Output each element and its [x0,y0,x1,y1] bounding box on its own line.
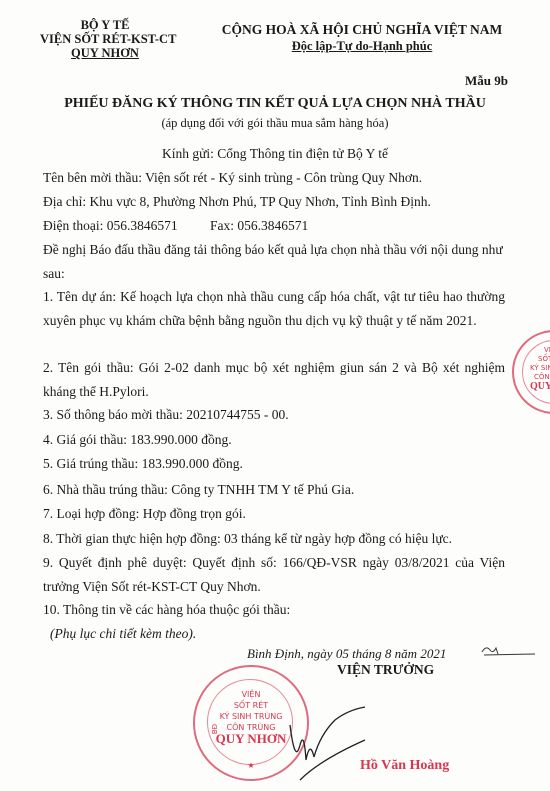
item-notice-number: 3. Số thông báo mời thầu: 20210744755 - … [43,403,505,427]
national-motto: Độc lập-Tự do-Hạnh phúc [212,38,512,54]
initials-mark [480,642,540,660]
seal-partial: VIỆN SỐT RÉT KÝ SINH TRÙNG CÔN TRÙNG QUY… [512,330,550,414]
document-title: PHIẾU ĐĂNG KÝ THÔNG TIN KẾT QUẢ LỰA CHỌN… [0,96,550,112]
request-text: Đề nghị Báo đấu thầu đăng tải thông báo … [43,238,505,285]
item-approval-decision: 9. Quyết định phê duyệt: Quyết định số: … [43,551,505,598]
document-subtitle: (áp dụng đối với gói thầu mua sắm hàng h… [0,116,550,131]
phone-number: Điện thoại: 056.3846571 [43,218,178,234]
signer-name: Hồ Văn Hoàng [360,758,449,774]
item-winning-contractor: 6. Nhà thầu trúng thầu: Công ty TNHH TM … [43,478,505,502]
item-winning-price: 5. Giá trúng thầu: 183.990.000 đồng. [43,452,505,476]
place-and-date: Bình Định, ngày 05 tháng 8 năm 2021 [247,646,446,662]
item-contract-duration: 8. Thời gian thực hiện hợp đồng: 03 thán… [43,527,505,551]
country-name: CỘNG HOÀ XÃ HỘI CHỦ NGHĨA VIỆT NAM [212,22,512,38]
item-goods-info: 10. Thông tin về các hàng hóa thuộc gói … [43,598,505,622]
addressee: Kính gửi: Cổng Thông tin điện tử Bộ Y tế [0,146,550,162]
institute-city: QUY NHƠN [40,46,170,60]
signer-title: VIỆN TRƯỞNG [337,662,434,678]
fax-number: Fax: 056.3846571 [210,218,308,234]
item-project-name: 1. Tên dự án: Kế hoạch lựa chọn nhà thầu… [43,285,505,332]
national-header: CỘNG HOÀ XÃ HỘI CHỦ NGHĨA VIỆT NAM Độc l… [212,22,512,54]
inviter-name: Tên bên mời thầu: Viện sốt rét - Ký sinh… [43,170,422,186]
seal-side-text: BĐ [211,724,219,734]
item-contract-type: 7. Loại hợp đồng: Hợp đồng trọn gói. [43,502,505,526]
appendix-note: (Phụ lục chi tiết kèm theo). [50,622,512,646]
item-package-price: 4. Giá gói thầu: 183.990.000 đồng. [43,428,505,452]
handwritten-signature [240,705,370,785]
ministry-name: BỘ Y TẾ [40,18,170,32]
form-number: Mẫu 9b [465,73,508,89]
item-package-name: 2. Tên gói thầu: Gói 2-02 danh mục bộ xé… [43,356,505,403]
seal-line-1: VIỆN [195,689,307,700]
institute-name: VIỆN SỐT RÉT-KST-CT [40,32,170,46]
issuing-organization: BỘ Y TẾ VIỆN SỐT RÉT-KST-CT QUY NHƠN [40,18,170,60]
inviter-address: Địa chỉ: Khu vực 8, Phường Nhơn Phú, TP … [43,194,431,210]
